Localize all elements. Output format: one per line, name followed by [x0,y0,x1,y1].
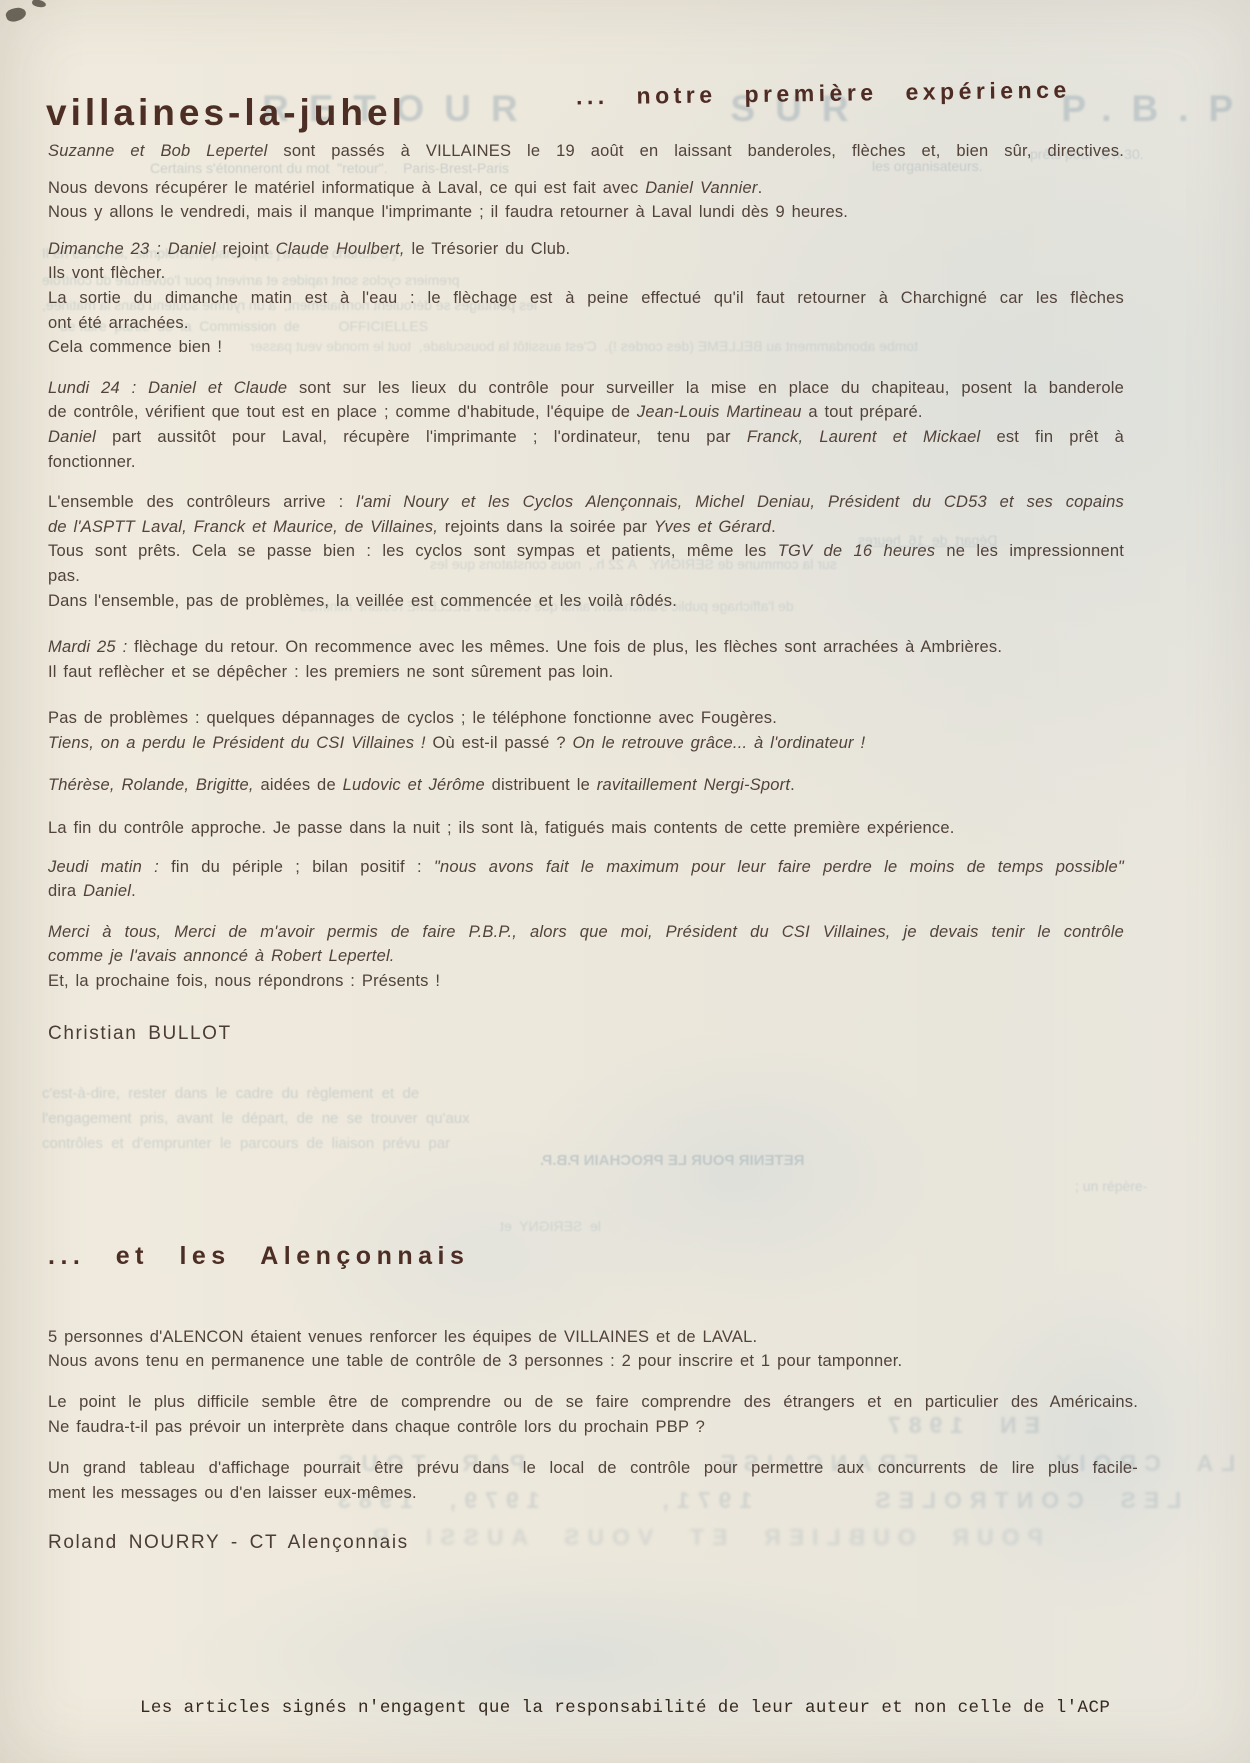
text-line: Jeudi matin : fin du périple ; bilan pos… [48,855,1124,880]
paragraph: Pas de problèmes : quelques dépannages d… [48,706,1124,755]
text-line: Mardi 25 : flèchage du retour. On recomm… [48,635,1124,660]
text-line: pas. [48,564,1124,589]
text-line: Le point le plus difficile semble être d… [48,1390,1138,1415]
text-line: Et, la prochaine fois, nous répondrons :… [48,969,1124,994]
paragraph: La fin du contrôle approche. Je passe da… [48,816,1124,841]
ghost-bleedthrough-text: le SERIGNY et [500,1218,601,1234]
paragraph: Thérèse, Rolande, Brigitte, aidées de Lu… [48,773,1124,798]
text-line: Nous y allons le vendredi, mais il manqu… [48,200,1124,225]
article-alenconnais-body: 5 personnes d'ALENCON étaient venues ren… [48,1325,1138,1506]
paragraph: Mardi 25 : flèchage du retour. On recomm… [48,635,1124,684]
text-line: Merci à tous, Merci de m'avoir permis de… [48,920,1124,945]
text-line: comme je l'avais annoncé à Robert Lepert… [48,944,1124,969]
paragraph: Nous devons récupérer le matériel inform… [48,176,1124,225]
ghost-bleedthrough-text: ; un répère- [1075,1178,1147,1194]
text-line: fonctionner. [48,450,1124,475]
text-line: L'ensemble des contrôleurs arrive : l'am… [48,490,1124,515]
text-line: Lundi 24 : Daniel et Claude sont sur les… [48,376,1124,401]
scan-corner-mark [4,5,27,24]
text-line: Ne faudra-t-il pas prévoir un interprète… [48,1415,1138,1440]
ghost-bleedthrough-text: l'engagement pris, avant le départ, de n… [42,1110,470,1127]
ghost-bleedthrough-text: contrôles et d'emprunter le parcours de … [42,1135,450,1152]
text-line: Nous devons récupérer le matériel inform… [48,176,1124,201]
text-line: Pas de problèmes : quelques dépannages d… [48,706,1124,731]
paragraph: Jeudi matin : fin du périple ; bilan pos… [48,855,1124,904]
article-villaines-body: Suzanne et Bob Lepertel sont passés à VI… [48,139,1124,1046]
text-line: Dans l'ensemble, pas de problèmes, la ve… [48,589,1124,614]
ghost-bleedthrough-text: c'est-à-dire, rester dans le cadre du rè… [42,1085,419,1102]
text-line: Dimanche 23 : Daniel rejoint Claude Houl… [48,237,1124,262]
text-line: Thérèse, Rolande, Brigitte, aidées de Lu… [48,773,1124,798]
paragraph: Le point le plus difficile semble être d… [48,1390,1138,1439]
text-line: Suzanne et Bob Lepertel sont passés à VI… [48,139,1124,164]
paragraph: Lundi 24 : Daniel et Claude sont sur les… [48,376,1124,474]
text-line: Daniel part aussitôt pour Laval, récupèr… [48,425,1124,450]
footer-disclaimer: Les articles signés n'engagent que la re… [140,1698,1110,1718]
text-line: 5 personnes d'ALENCON étaient venues ren… [48,1325,1138,1350]
ghost-bleedthrough-text: RETENIR POUR LE PROCHAIN P.B.P. [540,1152,805,1169]
paragraph: Dimanche 23 : Daniel rejoint Claude Houl… [48,237,1124,360]
text-line: ment les messages ou d'en laisser eux-mê… [48,1481,1138,1506]
page-subtitle: ... notre première expérience [576,77,1071,111]
text-line: dira Daniel. [48,879,1124,904]
paragraph: Un grand tableau d'affichage pourrait êt… [48,1456,1138,1505]
scan-corner-mark [31,0,46,8]
scan-stain [180,1555,940,1763]
text-line: de contrôle, vérifient que tout est en p… [48,400,1124,425]
signature-roland-nourry: Roland NOURRY - CT Alençonnais [48,1531,1138,1556]
paragraph: L'ensemble des contrôleurs arrive : l'am… [48,490,1124,613]
paragraph: Merci à tous, Merci de m'avoir permis de… [48,920,1124,994]
text-line: Un grand tableau d'affichage pourrait êt… [48,1456,1138,1481]
text-line: Tiens, on a perdu le Président du CSI Vi… [48,731,1124,756]
text-line: Tous sont prêts. Cela se passe bien : le… [48,539,1124,564]
section-alenconnais: ... et les Alençonnais 5 personnes d'ALE… [48,1244,1138,1556]
signature-christian-bullot: Christian BULLOT [48,1022,1124,1047]
text-line: La sortie du dimanche matin est à l'eau … [48,286,1124,311]
section-heading: ... et les Alençonnais [48,1244,1138,1269]
text-line: ont été arrachées. [48,311,1124,336]
text-line: La fin du contrôle approche. Je passe da… [48,816,1124,841]
text-line: Cela commence bien ! [48,335,1124,360]
text-line: Nous avons tenu en permanence une table … [48,1349,1138,1374]
text-line: de l'ASPTT Laval, Franck et Maurice, de … [48,515,1124,540]
text-line: Ils vont flècher. [48,261,1124,286]
paragraph: 5 personnes d'ALENCON étaient venues ren… [48,1325,1138,1374]
page-title: villaines-la-juhel [46,92,406,134]
paragraph: Suzanne et Bob Lepertel sont passés à VI… [48,139,1124,164]
text-line: Il faut reflècher et se dépêcher : les p… [48,660,1124,685]
scanned-newsletter-page: RETOUR SUR P.B.P.Certains s'étonneront d… [0,0,1250,1763]
